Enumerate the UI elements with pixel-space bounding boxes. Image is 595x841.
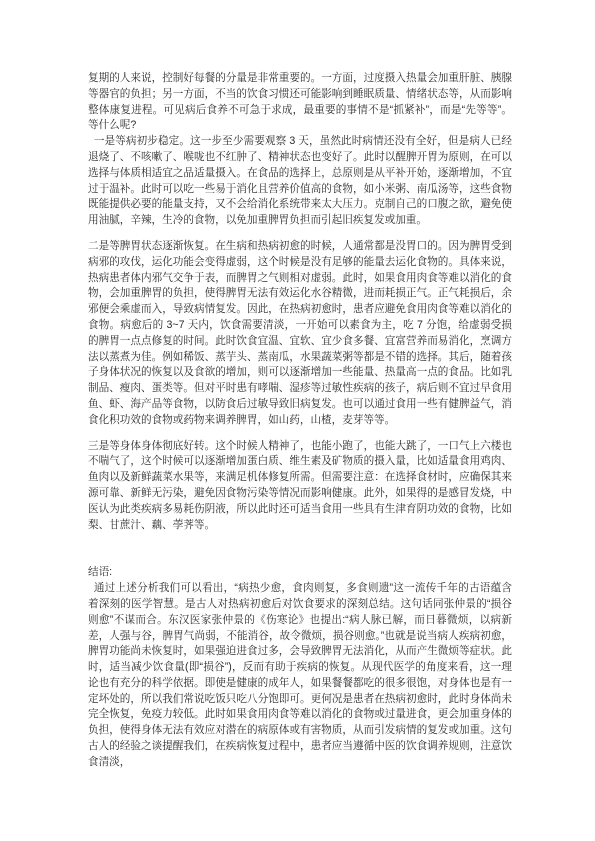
document-body: 复期的人来说，控制好每餐的分量是非常重要的。一方面，过度摄入热量会加重肝脏、胰腺… <box>88 71 512 771</box>
paragraph-wait-2-spleen-stomach-recovery: 二是等脾胃状态逐渐恢复。在生病和热病初愈的时候，人通常都是没胃口的。因为脾胃受到… <box>88 239 512 429</box>
paragraph-recovery-portion: 复期的人来说，控制好每餐的分量是非常重要的。一方面，过度摄入热量会加重肝脏、胰腺… <box>88 71 512 134</box>
closing-heading: 结语: <box>88 565 512 581</box>
document-page: 复期的人来说，控制好每餐的分量是非常重要的。一方面，过度摄入热量会加重肝脏、胰腺… <box>0 0 595 841</box>
paragraph-wait-3-full-recovery: 三是等身体身体彻底好转。这个时候人精神了，也能小跑了，也能大跳了，一口气上六楼也… <box>88 439 512 534</box>
paragraph-conclusion: 通过上述分析我们可以看出，“病热少愈，食肉则复，多食则遗”这一流传千年的古语蕴含… <box>88 581 512 771</box>
paragraph-wait-1-illness-stable: 一是等病初步稳定。这一步至少需要观察 3 天，虽然此时病情还没有全好，但是病人已… <box>88 134 512 229</box>
